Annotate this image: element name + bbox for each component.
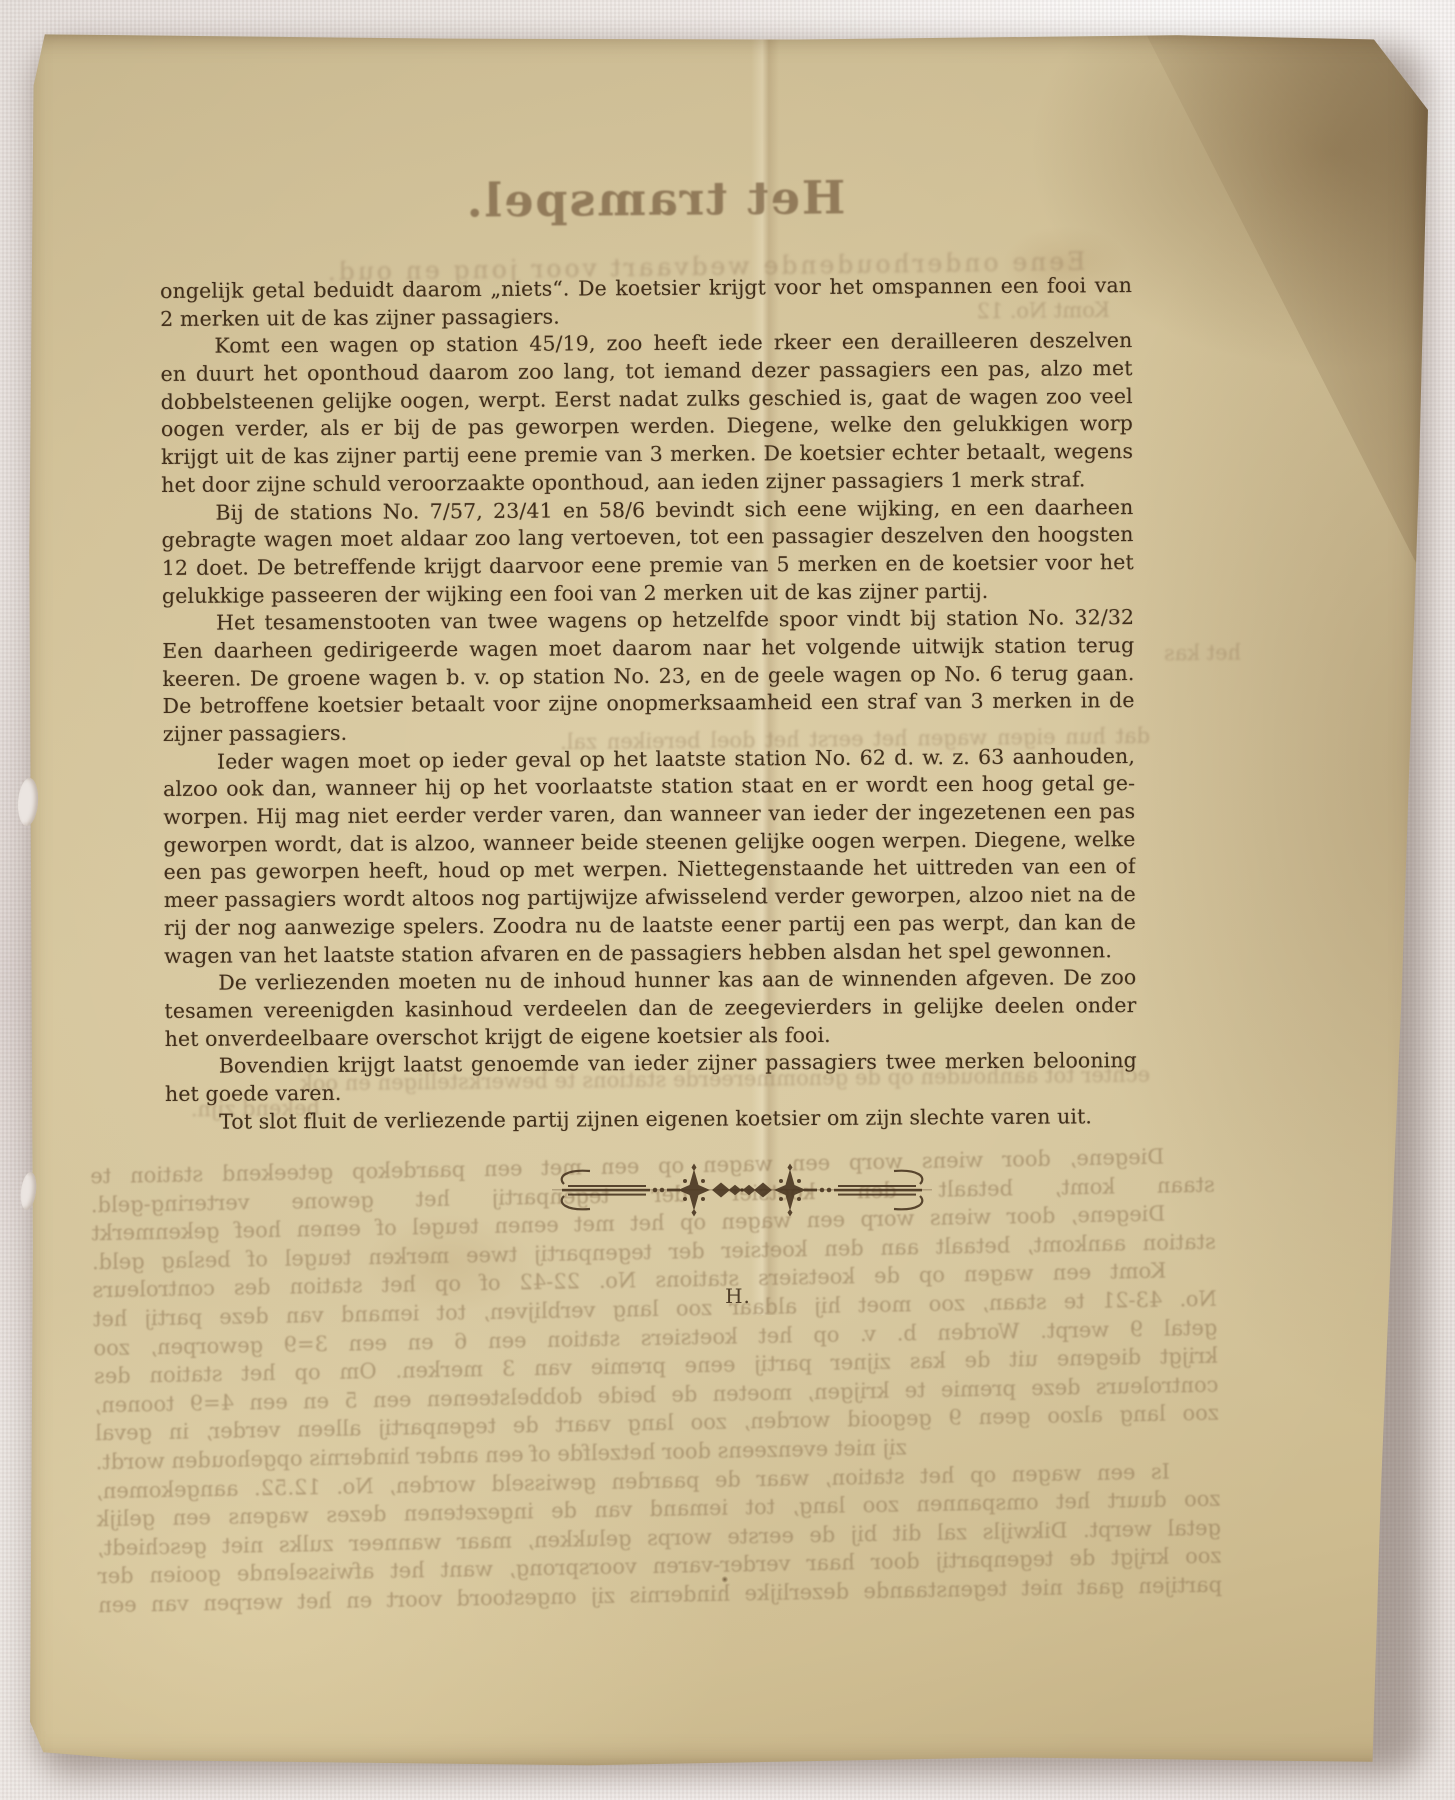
text-line: Bovendien krijgt laatst genoemde van ied… [165, 1047, 1137, 1081]
text-line: tesamen vereenigden kasinhoud verdeelen … [164, 992, 1136, 1026]
body-text: ongelijk getal beduidt daarom „niets“. D… [160, 272, 1137, 1136]
text-line: De betroffene koetsier betaalt voor zijn… [163, 687, 1135, 721]
bleedthrough-title: Het tramspel. [255, 169, 1055, 230]
printer-mark: H. [588, 1284, 888, 1308]
document-page: Het tramspel. Eene onderhoudende wedvaar… [28, 30, 1430, 1767]
photo-scene: Het tramspel. Eene onderhoudende wedvaar… [0, 0, 1455, 1800]
bleedthrough-fragment: het kas [1146, 640, 1241, 667]
text-line: Tot slot fluit de verliezende partij zij… [165, 1103, 1137, 1137]
ornament-divider [552, 1162, 932, 1218]
page-corner-fold [1132, 30, 1432, 630]
